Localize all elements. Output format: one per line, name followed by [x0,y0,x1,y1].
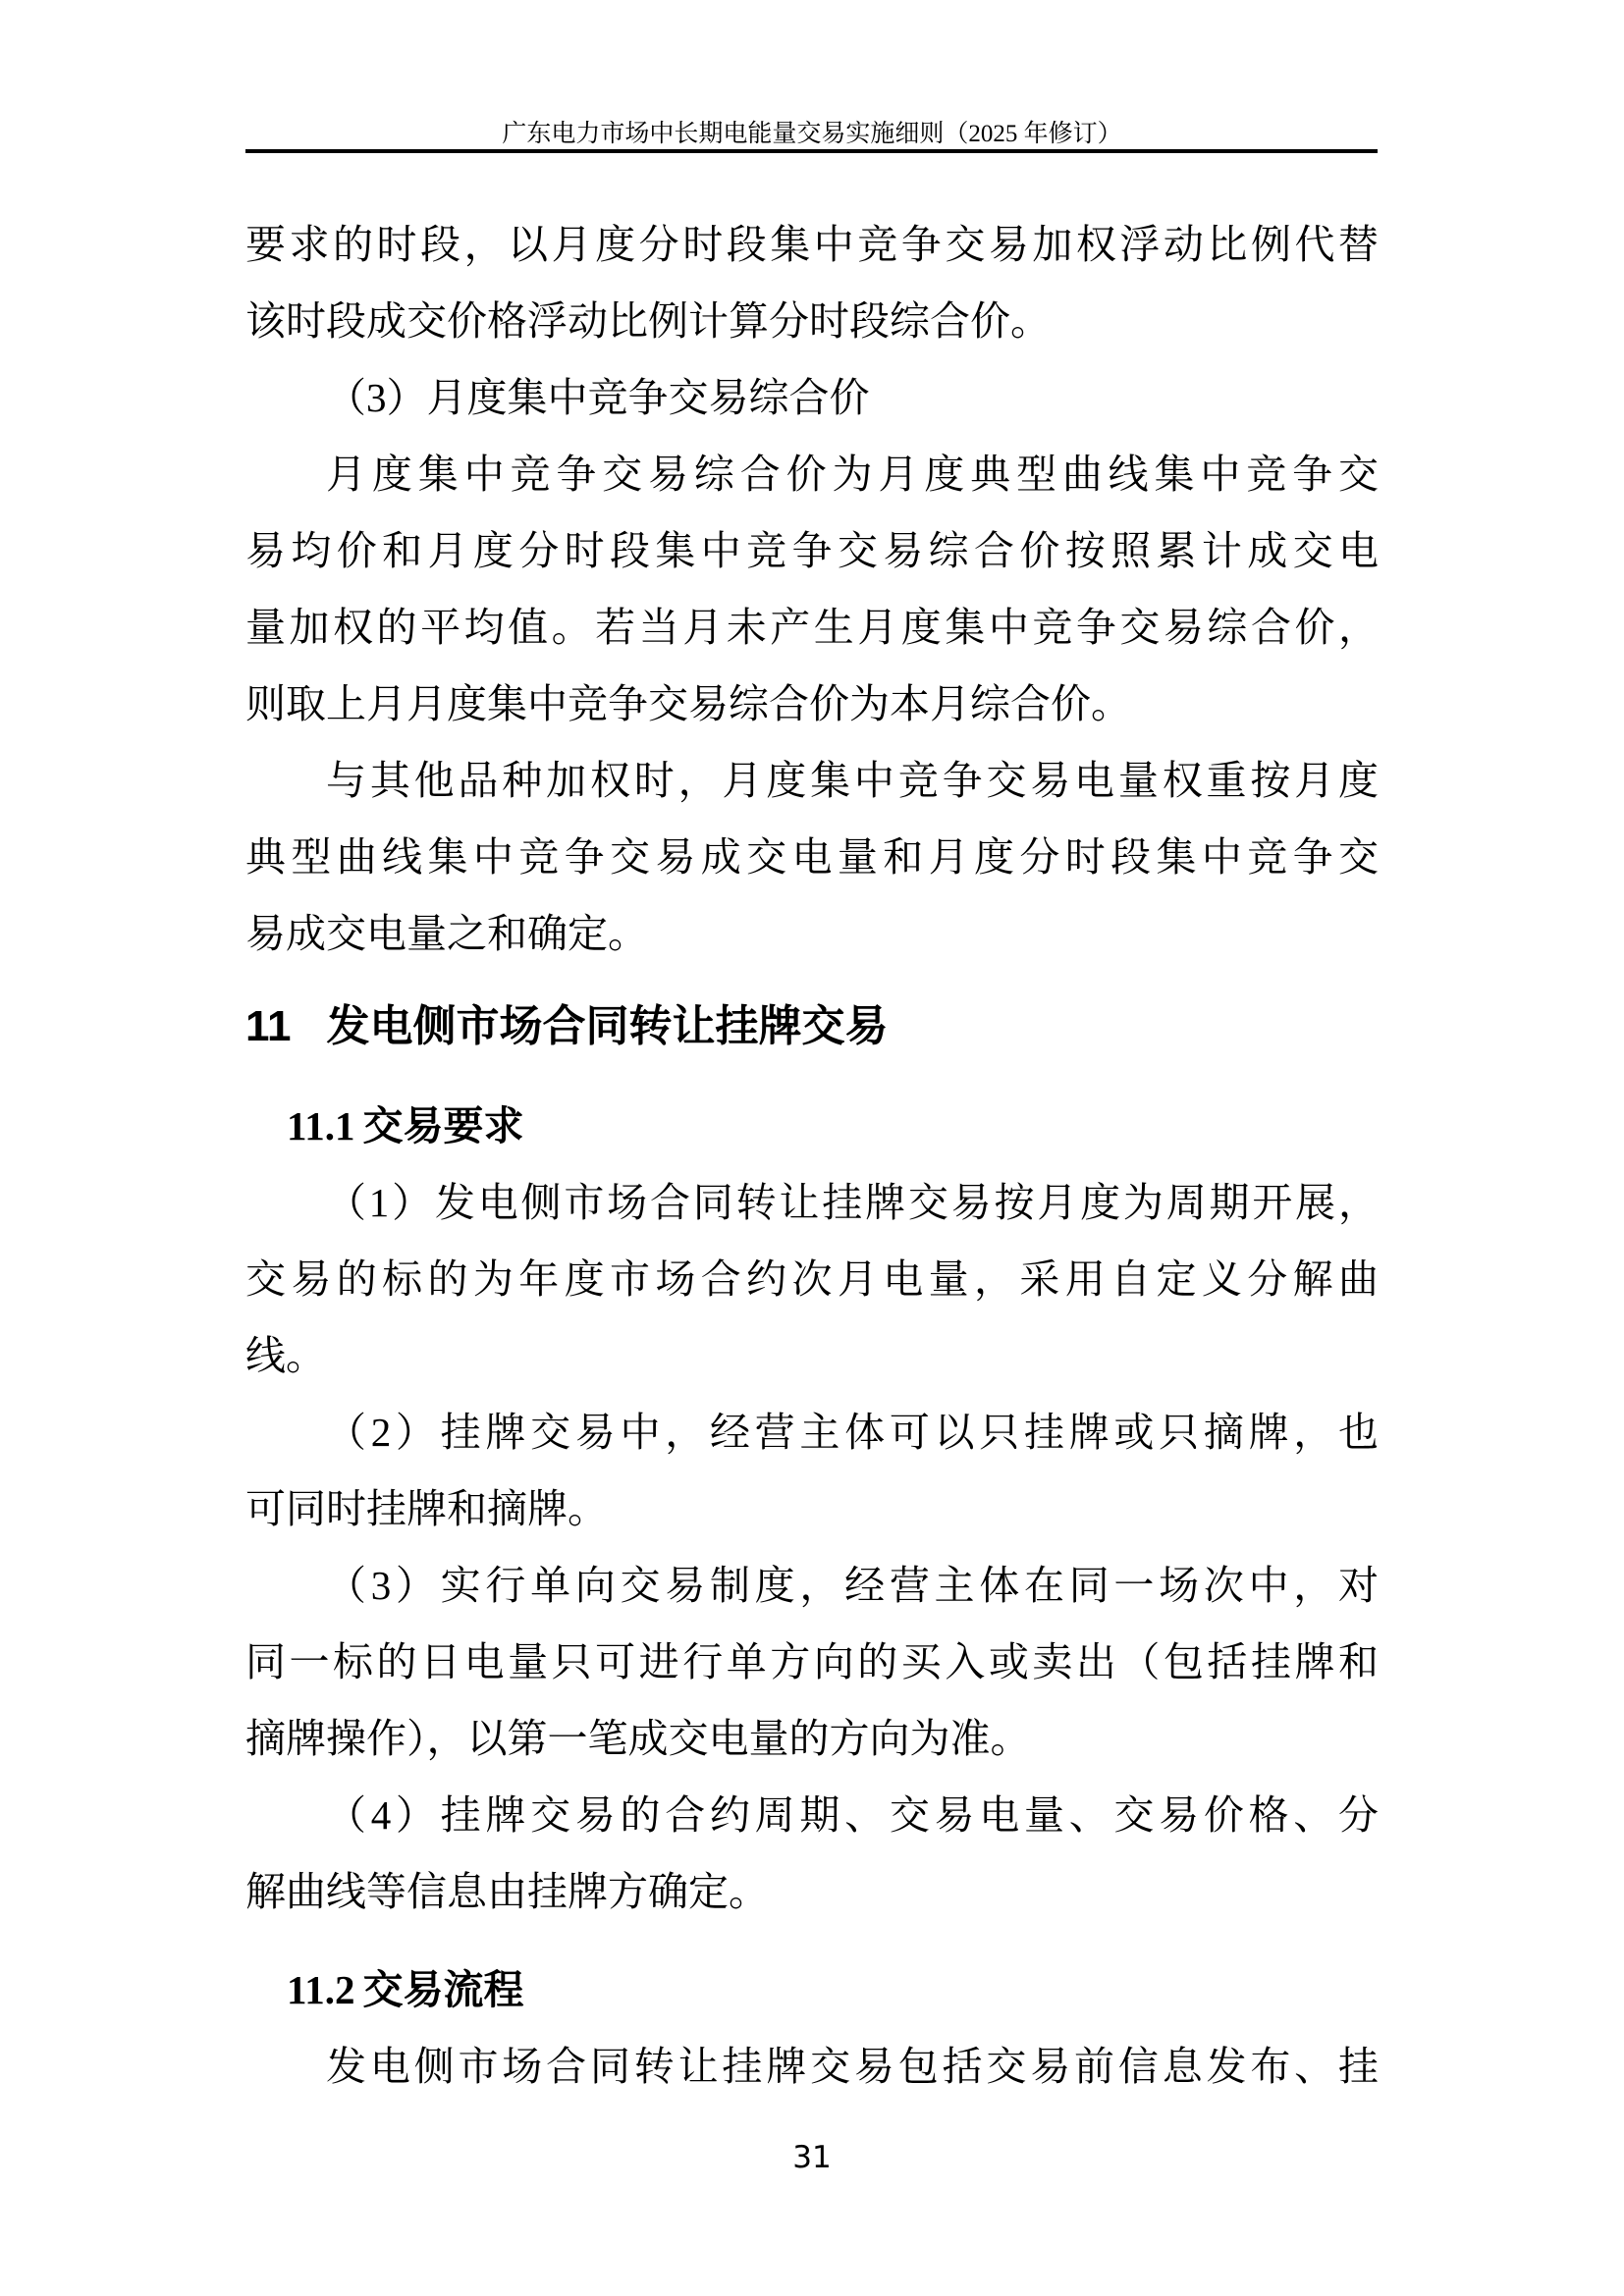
header-rule [245,149,1378,153]
page-number: 31 [792,2140,831,2175]
section-heading-title: 发电侧市场合同转让挂牌交易 [327,1002,889,1050]
body-line: 易均价和月度分时段集中竞争交易综合价按照累计成交电 [245,512,1379,589]
document-page: 广东电力市场中长期电能量交易实施细则（2025 年修订） 要求的时段，以月度分时… [0,0,1624,2296]
subsection-heading-title: 交易要求 [363,1103,524,1148]
subsection-heading-number: 11.1 [287,1103,355,1148]
body-line: （3）实行单向交易制度，经营主体在同一场次中，对 [245,1547,1379,1624]
subsection-heading-11-2: 11.2交易流程 [245,1951,1379,2028]
body-line: 与其他品种加权时，月度集中竞争交易电量权重按月度 [245,742,1379,819]
body-line: （1）发电侧市场合同转让挂牌交易按月度为周期开展， [245,1164,1379,1241]
body-line: 量加权的平均值。若当月未产生月度集中竞争交易综合价， [245,589,1379,666]
body-line: 发电侧市场合同转让挂牌交易包括交易前信息发布、挂 [245,2028,1379,2105]
body-line: 解曲线等信息由挂牌方确定。 [245,1853,1379,1930]
subsection-heading-number: 11.2 [287,1967,355,2012]
body-line: 易成交电量之和确定。 [245,895,1379,972]
body-line: 线。 [245,1317,1379,1394]
section-heading-11: 11发电侧市场合同转让挂牌交易 [245,988,1379,1065]
section-heading-number: 11 [245,1002,292,1050]
subsection-heading-11-1: 11.1交易要求 [245,1088,1379,1164]
page-footer: 31 [0,2140,1624,2175]
subsection-heading-title: 交易流程 [363,1967,524,2012]
body-line: 可同时挂牌和摘牌。 [245,1470,1379,1547]
body-line: （2）挂牌交易中，经营主体可以只挂牌或只摘牌，也 [245,1394,1379,1470]
header-title: 广东电力市场中长期电能量交易实施细则（2025 年修订） [245,119,1379,150]
document-content: 要求的时段，以月度分时段集中竞争交易加权浮动比例代替 该时段成交价格浮动比例计算… [245,206,1379,2105]
body-line: 典型曲线集中竞争交易成交电量和月度分时段集中竞争交 [245,819,1379,895]
body-line: 摘牌操作），以第一笔成交电量的方向为准。 [245,1700,1379,1777]
body-line: 月度集中竞争交易综合价为月度典型曲线集中竞争交 [245,436,1379,512]
body-line: （3）月度集中竞争交易综合价 [245,359,1379,436]
body-line: 则取上月月度集中竞争交易综合价为本月综合价。 [245,666,1379,742]
body-line: 同一标的日电量只可进行单方向的买入或卖出（包括挂牌和 [245,1624,1379,1700]
body-line: 交易的标的为年度市场合约次月电量，采用自定义分解曲 [245,1241,1379,1317]
body-line: 要求的时段，以月度分时段集中竞争交易加权浮动比例代替 [245,206,1379,283]
body-line: 该时段成交价格浮动比例计算分时段综合价。 [245,283,1379,359]
body-line: （4）挂牌交易的合约周期、交易电量、交易价格、分 [245,1777,1379,1853]
